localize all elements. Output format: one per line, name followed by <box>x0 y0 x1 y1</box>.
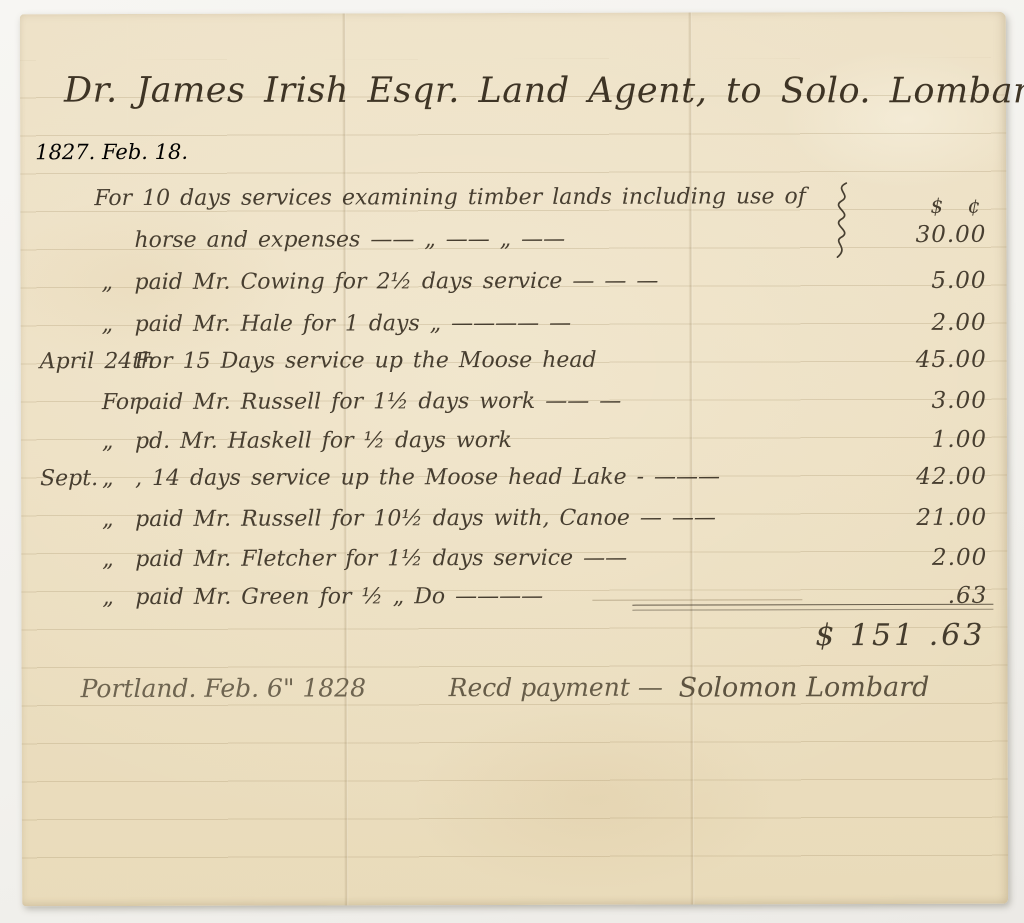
entry-amount: 42.00 <box>916 464 987 490</box>
document-paper: Dr. James Irish Esqr. Land Agent, to Sol… <box>20 12 1008 907</box>
ditto-mark: „ <box>102 429 135 454</box>
ditto-mark: „ <box>102 466 135 491</box>
ledger-row: „paid Mr. Russell for 10½ days with, Can… <box>40 505 995 548</box>
ledger-row: „paid Mr. Cowing for 2½ days service — —… <box>40 268 995 311</box>
entry-description: paid Mr. Hale for 1 days „ ———— — <box>135 311 572 337</box>
total-rule <box>632 604 993 611</box>
ditto-mark: „ <box>102 507 135 532</box>
entry-description: paid Mr. Fletcher for 1½ days service —— <box>135 546 627 572</box>
entry-amount: 2.00 <box>931 310 986 336</box>
ledger-row: Sept.„, 14 days service up the Moose hea… <box>40 464 995 507</box>
entry-amount: 1.00 <box>932 427 987 453</box>
entry-description: paid Mr. Green for ½ „ Do ———— <box>135 584 543 610</box>
entry-amount: 45.00 <box>916 347 987 373</box>
entry-description: For 15 Days service up the Moose head <box>135 348 597 374</box>
entry-description: , 14 days service up the Moose head Lake… <box>135 464 720 491</box>
receipt-footer: Portland. Feb. 6" 1828 Recd payment — So… <box>41 672 996 721</box>
entry-description: For 10 days services examining timber la… <box>94 184 806 211</box>
entry-date: Sept. <box>40 466 102 491</box>
entry-amount: 2.00 <box>932 545 987 571</box>
footer-received-note: Recd payment — <box>449 673 663 703</box>
entry-description: pd. Mr. Haskell for ½ days work <box>135 428 512 454</box>
entry-description: paid Mr. Russell for 10½ days with, Cano… <box>135 505 716 532</box>
entry-amount: 3.00 <box>932 388 987 414</box>
entry-description: paid Mr. Cowing for 2½ days service — — … <box>135 269 659 295</box>
ditto-mark: For <box>102 390 135 415</box>
entry-amount: 30.00 <box>916 222 987 248</box>
footer-signature: Solomon Lombard <box>679 672 930 704</box>
scan-background: Dr. James Irish Esqr. Land Agent, to Sol… <box>0 0 1024 923</box>
entry-date: April 24th <box>40 349 135 374</box>
footer-place-date: Portland. Feb. 6" 1828 <box>81 673 366 703</box>
ledger-row: „paid Mr. Fletcher for 1½ days service —… <box>40 545 995 588</box>
entry-description-cont: horse and expenses —— „ —— „ —— <box>134 227 565 253</box>
amount-column-header: $ ¢ <box>930 194 980 218</box>
ledger-row: April 24thFor 15 Days service up the Moo… <box>40 347 995 390</box>
total-amount: $ 151 .63 <box>815 618 985 653</box>
ditto-mark: „ <box>102 547 135 572</box>
entry-description: paid Mr. Russell for 1½ days work —— — <box>135 389 621 415</box>
brace-squiggle-icon <box>827 180 853 264</box>
ledger-row: „paid Mr. Hale for 1 days „ ———— — 2.00 <box>40 310 995 353</box>
entry-amount: 21.00 <box>916 505 987 531</box>
ditto-mark: „ <box>102 270 135 295</box>
ledger-row: Forpaid Mr. Russell for 1½ days work —— … <box>40 388 995 431</box>
ledger-row: „pd. Mr. Haskell for ½ days work 1.00 <box>40 427 995 470</box>
entry-amount: 5.00 <box>931 268 986 294</box>
ditto-mark: „ <box>102 585 135 610</box>
ditto-mark: „ <box>102 312 135 337</box>
document-title: Dr. James Irish Esqr. Land Agent, to Sol… <box>64 71 976 112</box>
ledger-entries: For 10 days services examining timber la… <box>39 180 996 762</box>
document-date: 1827. Feb. 18. <box>35 140 188 164</box>
